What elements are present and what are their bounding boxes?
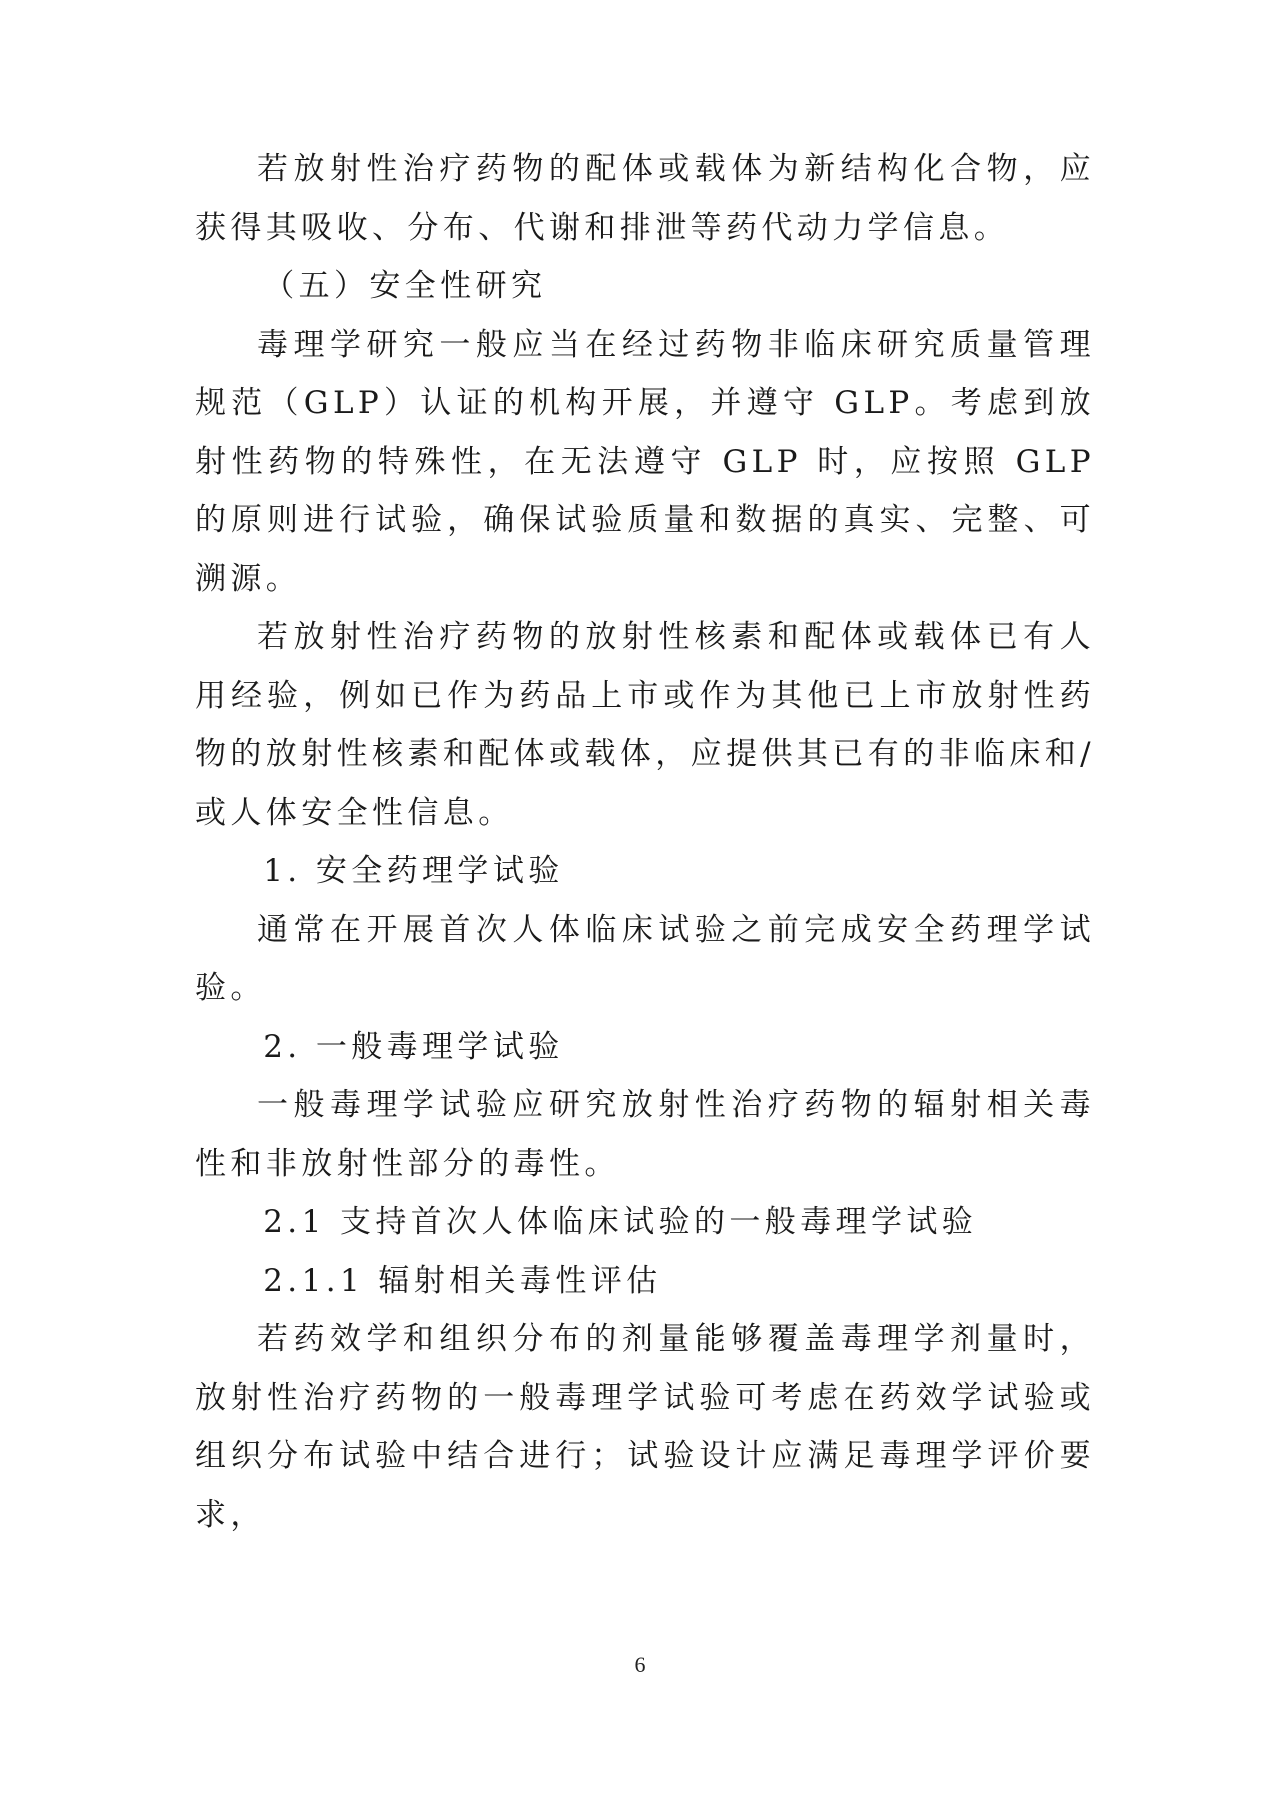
page-number: 6 [0, 1652, 1280, 1678]
paragraph-pk-info: 若放射性治疗药物的配体或载体为新结构化合物，应获得其吸收、分布、代谢和排泄等药代… [195, 140, 1095, 257]
paragraph-glp: 毒理学研究一般应当在经过药物非临床研究质量管理规范（GLP）认证的机构开展，并遵… [195, 316, 1095, 609]
subheading-safety-pharmacology: 1. 安全药理学试验 [195, 842, 1095, 901]
subheading-fih-toxicology: 2.1 支持首次人体临床试验的一般毒理学试验 [195, 1193, 1095, 1252]
paragraph-general-toxicology: 一般毒理学试验应研究放射性治疗药物的辐射相关毒性和非放射性部分的毒性。 [195, 1076, 1095, 1193]
subheading-general-toxicology: 2. 一般毒理学试验 [195, 1018, 1095, 1077]
document-page: 若放射性治疗药物的配体或载体为新结构化合物，应获得其吸收、分布、代谢和排泄等药代… [195, 140, 1095, 1544]
section-heading-safety-research: （五）安全性研究 [195, 257, 1095, 316]
paragraph-safety-pharmacology: 通常在开展首次人体临床试验之前完成安全药理学试验。 [195, 901, 1095, 1018]
paragraph-combined-studies: 若药效学和组织分布的剂量能够覆盖毒理学剂量时，放射性治疗药物的一般毒理学试验可考… [195, 1310, 1095, 1544]
subheading-radiation-toxicity: 2.1.1 辐射相关毒性评估 [195, 1252, 1095, 1311]
paragraph-human-experience: 若放射性治疗药物的放射性核素和配体或载体已有人用经验，例如已作为药品上市或作为其… [195, 608, 1095, 842]
